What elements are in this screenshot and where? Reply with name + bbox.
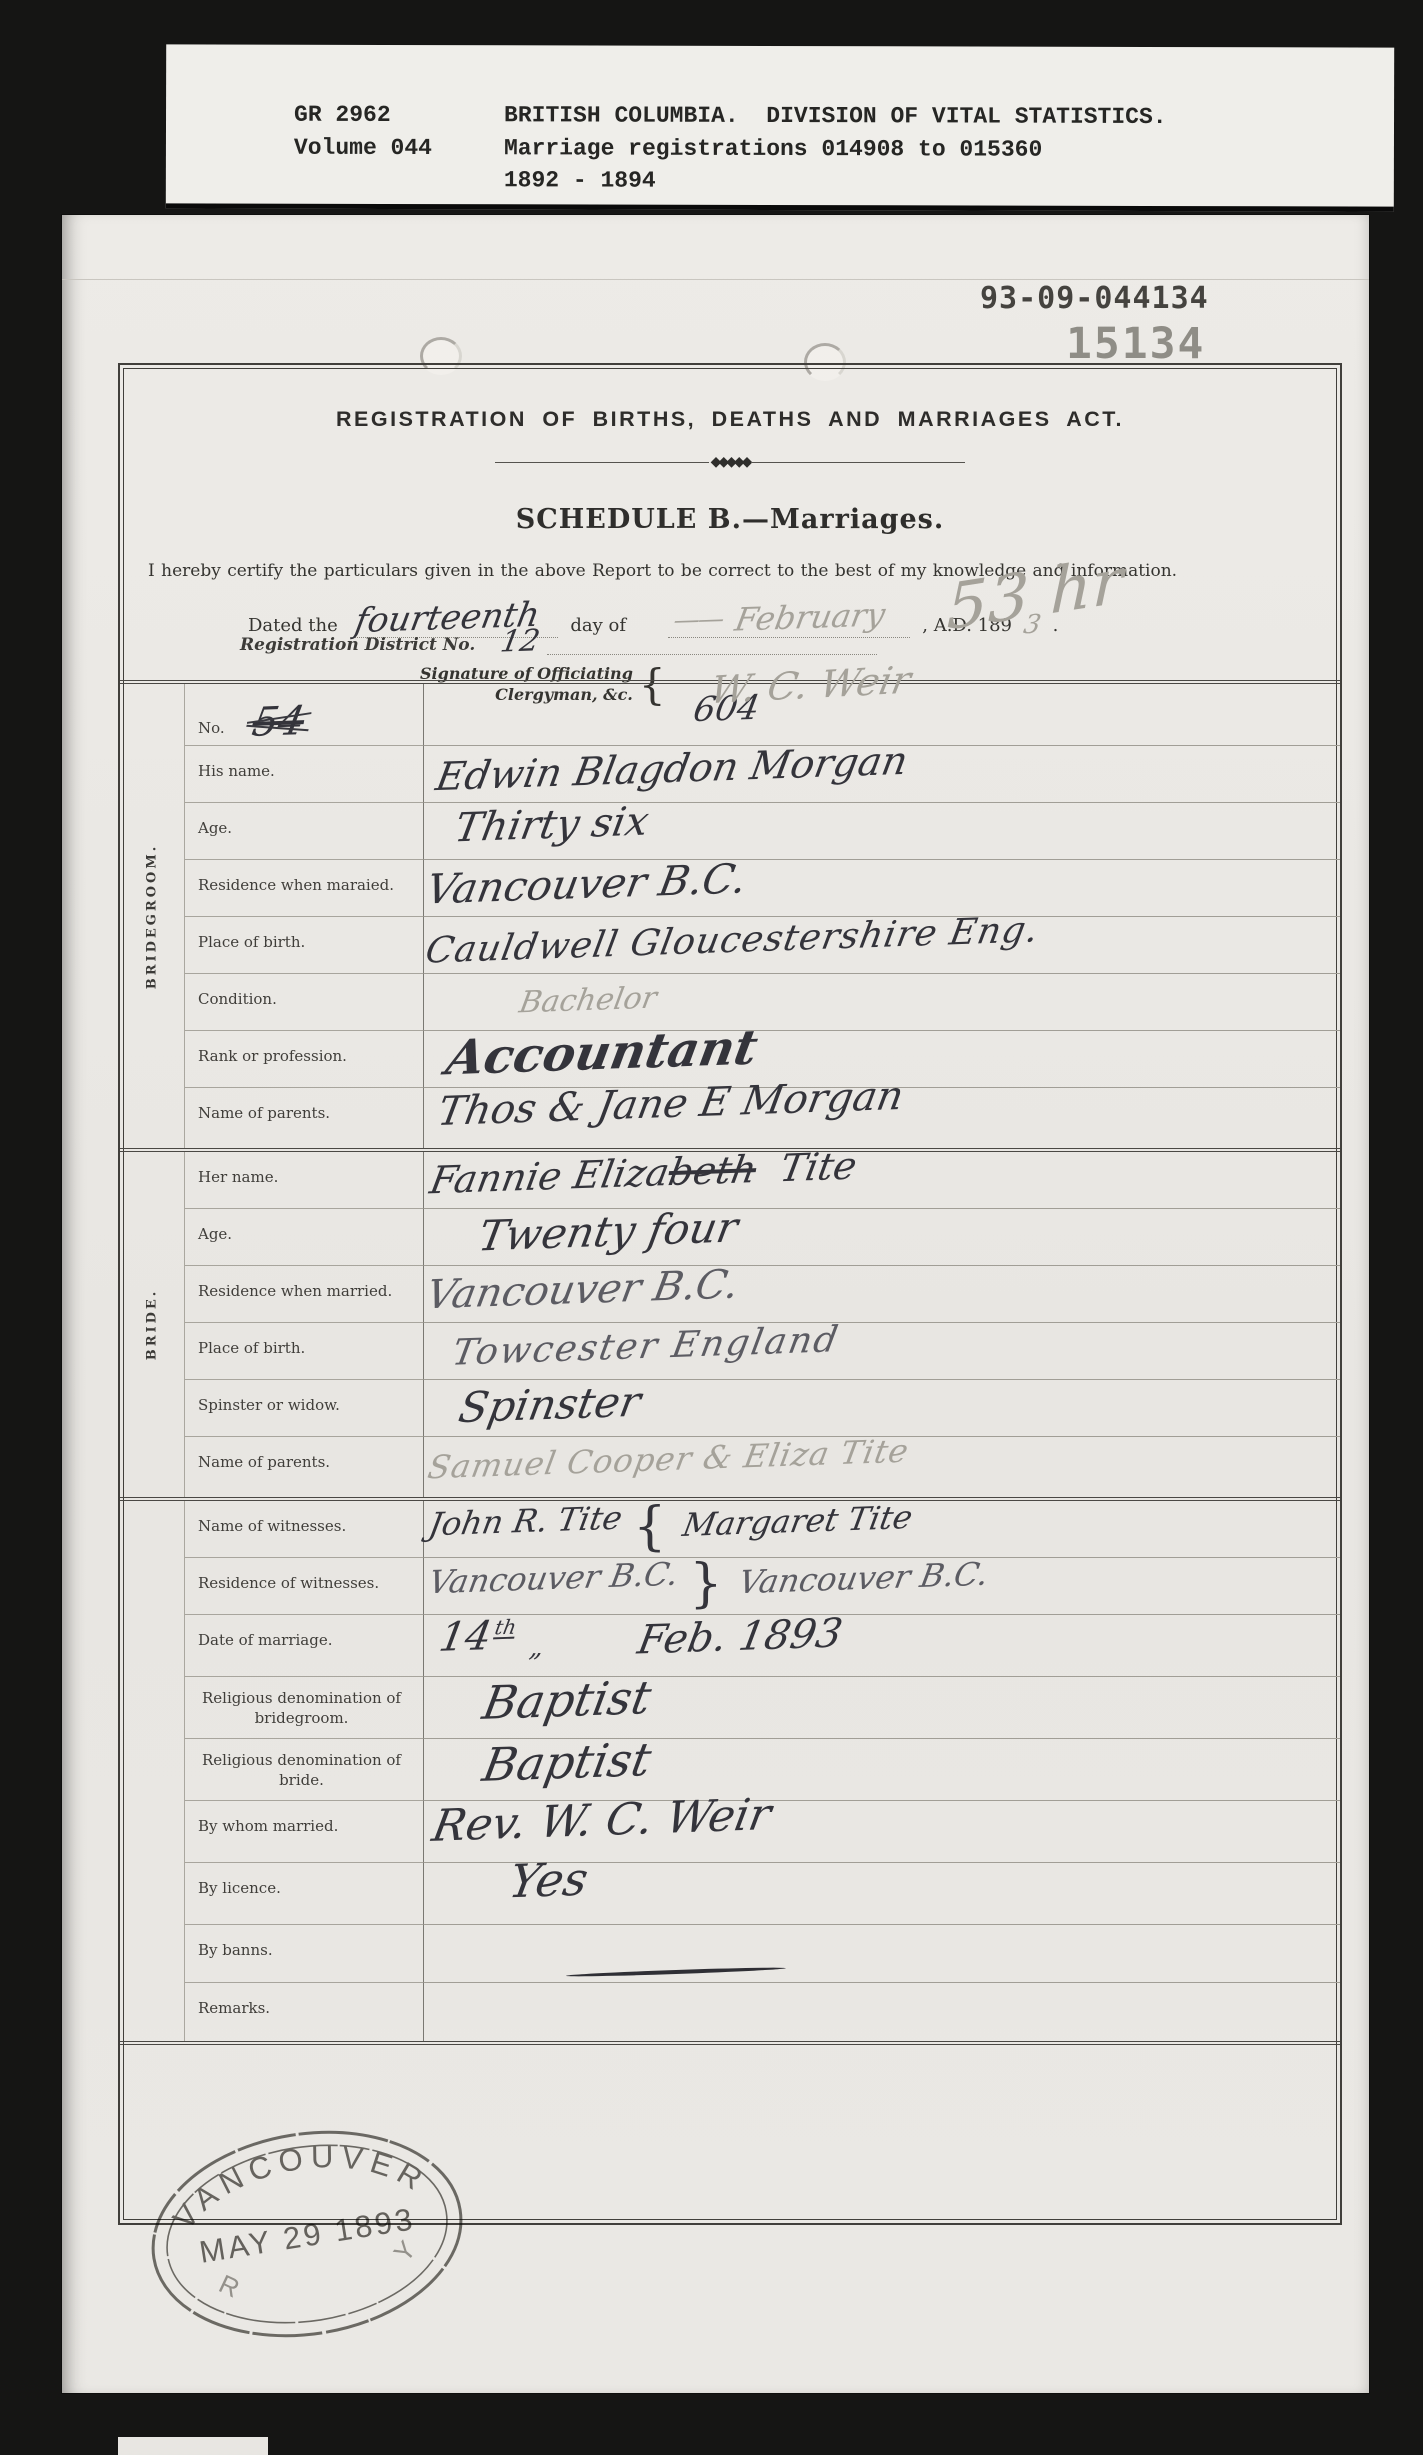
file-number-stamp: 93-09-044134 [980, 281, 1209, 316]
scanned-microfilm-photo: GR 2962 Volume 044 BRITISH COLUMBIA. DIV… [0, 0, 1423, 2455]
his-name-handwritten: Edwin Blagdon Morgan [433, 742, 911, 797]
stamp-date-text: MAY 29 1893 [197, 2201, 418, 2270]
row-his-name: His name. Edwin Blagdon Morgan [184, 746, 1340, 803]
page-crease [62, 279, 1369, 280]
her-age-handwritten: Twenty four [475, 1207, 740, 1258]
date-month-year-handwritten: Feb. 1893 [635, 1613, 846, 1660]
his-birthplace-handwritten: Cauldwell Gloucestershire Eng. [423, 912, 1042, 969]
her-birthplace-handwritten: Towcester England [449, 1322, 842, 1371]
archive-subtitle: Marriage registrations 014908 to 015360 [504, 135, 1042, 162]
row-witnesses: Name of witnesses. John R. Tite{Margaret… [184, 1501, 1340, 1558]
archive-ref-column: GR 2962 Volume 044 [294, 99, 432, 204]
bride-section: Bride. Her name. Fannie Elizabeth Tite A… [120, 1148, 1340, 1497]
witness-2-handwritten: Margaret Tite [681, 1501, 916, 1541]
row-spinster-widow: Spinster or widow. Spinster [184, 1380, 1340, 1437]
archive-title-column: BRITISH COLUMBIA. DIVISION OF VITAL STAT… [504, 99, 1167, 206]
spinster-handwritten: Spinster [456, 1381, 644, 1429]
ornament-divider: ◆◆◆◆◆ [495, 454, 965, 470]
bride-section-label: Bride. [120, 1152, 185, 1497]
archive-header-card: GR 2962 Volume 044 BRITISH COLUMBIA. DIV… [166, 44, 1394, 211]
stray-ink-mark [566, 1966, 786, 1978]
her-name-struck-part: beth [665, 1147, 760, 1194]
district-dotted-line [547, 654, 877, 655]
schedule-title: SCHEDULE B.—Marriages. [120, 504, 1340, 535]
document-page: 93-09-044134 15134 53 hr REGISTRATION OF… [62, 215, 1369, 2393]
next-page-sliver [118, 2437, 268, 2455]
number-label: No. [198, 719, 225, 737]
row-his-birthplace: Place of birth. Cauldwell Gloucestershir… [184, 917, 1340, 974]
denomination-bride-handwritten: Baptist [479, 1736, 654, 1788]
date-ditto-mark: „ [527, 1635, 545, 1661]
profession-handwritten: Accountant [443, 1024, 761, 1083]
row-his-residence: Residence when maraied. Vancouver B.C. [184, 860, 1340, 917]
row-remarks: Remarks. [184, 1983, 1340, 2041]
officiant-signature-handwritten: W. C. Weir [707, 660, 914, 708]
his-residence-handwritten: Vancouver B.C. [423, 858, 749, 910]
her-name-handwritten: Fannie Elizabeth Tite [427, 1147, 859, 1200]
dated-month-handwritten: February [733, 598, 888, 635]
denomination-bridegroom-handwritten: Baptist [479, 1674, 654, 1726]
dated-day-handwritten: fourteenth [352, 598, 542, 638]
archive-years: 1892 - 1894 [504, 168, 656, 194]
officiant-handwritten: Rev. W. C. Weir [429, 1793, 774, 1849]
witness-1-handwritten: John R. Tite [427, 1502, 625, 1541]
ornament-glyphs: ◆◆◆◆◆ [709, 454, 752, 470]
date-ordinal-suffix: th [493, 1617, 518, 1640]
dated-line: Dated the fourteenth day of ——February ,… [248, 601, 1340, 638]
row-her-name: Her name. Fannie Elizabeth Tite [184, 1152, 1340, 1209]
row-her-age: Age. Twenty four [184, 1209, 1340, 1266]
by-licence-handwritten: Yes [506, 1856, 592, 1905]
act-title: REGISTRATION OF BIRTHS, DEATHS AND MARRI… [120, 407, 1340, 432]
number-struck-handwritten: 54 [249, 701, 307, 743]
witness-residence-2-handwritten: Vancouver B.C. [737, 1558, 992, 1599]
witness-residence-1-handwritten: Vancouver B.C. [426, 1558, 681, 1599]
registration-form-table: Bridegroom. No.54 604 His name. Edwin Bl… [120, 680, 1340, 2045]
registration-number-stamp: 15134 [1066, 319, 1205, 369]
row-date-of-marriage: Date of marriage. 14th„Feb. 1893 [184, 1615, 1340, 1677]
row-witness-residence: Residence of witnesses. Vancouver B.C.}V… [184, 1558, 1340, 1615]
svg-text:R: R [211, 2266, 249, 2306]
stamp-bottom-left-letter: R [211, 2266, 249, 2306]
row-her-birthplace: Place of birth. Towcester England [184, 1323, 1340, 1380]
row-condition: Condition. Bachelor [184, 974, 1340, 1031]
her-residence-handwritten: Vancouver B.C. [423, 1265, 741, 1316]
row-by-whom-married: By whom married. Rev. W. C. Weir [184, 1801, 1340, 1863]
witness-brace-open: { [633, 1505, 666, 1549]
witness-brace-close: } [689, 1562, 722, 1606]
certification-statement: I hereby certify the particulars given i… [148, 561, 1340, 581]
archive-ref: GR 2962 [294, 102, 391, 128]
row-by-licence: By licence. Yes [184, 1863, 1340, 1925]
her-parents-handwritten: Samuel Cooper & Eliza Tite [426, 1435, 912, 1484]
bridegroom-section-label: Bridegroom. [120, 684, 185, 1148]
row-her-residence: Residence when married. Vancouver B.C. [184, 1266, 1340, 1323]
empty-side-column [120, 1501, 185, 2041]
row-her-parents: Name of parents. Samuel Cooper & Eliza T… [184, 1437, 1340, 1497]
marriage-details-section: Name of witnesses. John R. Tite{Margaret… [120, 1497, 1340, 2041]
date-day-handwritten: 14 [436, 1616, 494, 1658]
form-border-box: REGISTRATION OF BIRTHS, DEATHS AND MARRI… [118, 363, 1342, 2225]
his-age-handwritten: Thirty six [452, 802, 652, 849]
pen-dash: —— [672, 606, 725, 634]
row-denomination-bridegroom: Religious denomination of bridegroom. Ba… [184, 1677, 1340, 1739]
bridegroom-section: Bridegroom. No.54 604 His name. Edwin Bl… [120, 680, 1340, 1148]
row-by-banns: By banns. [184, 1925, 1340, 1983]
row-his-age: Age. Thirty six [184, 803, 1340, 860]
archive-title: BRITISH COLUMBIA. DIVISION OF VITAL STAT… [504, 102, 1167, 130]
condition-handwritten: Bachelor [517, 984, 659, 1019]
row-his-parents: Name of parents. Thos & Jane E Morgan [184, 1088, 1340, 1148]
archive-volume: Volume 044 [294, 134, 432, 160]
